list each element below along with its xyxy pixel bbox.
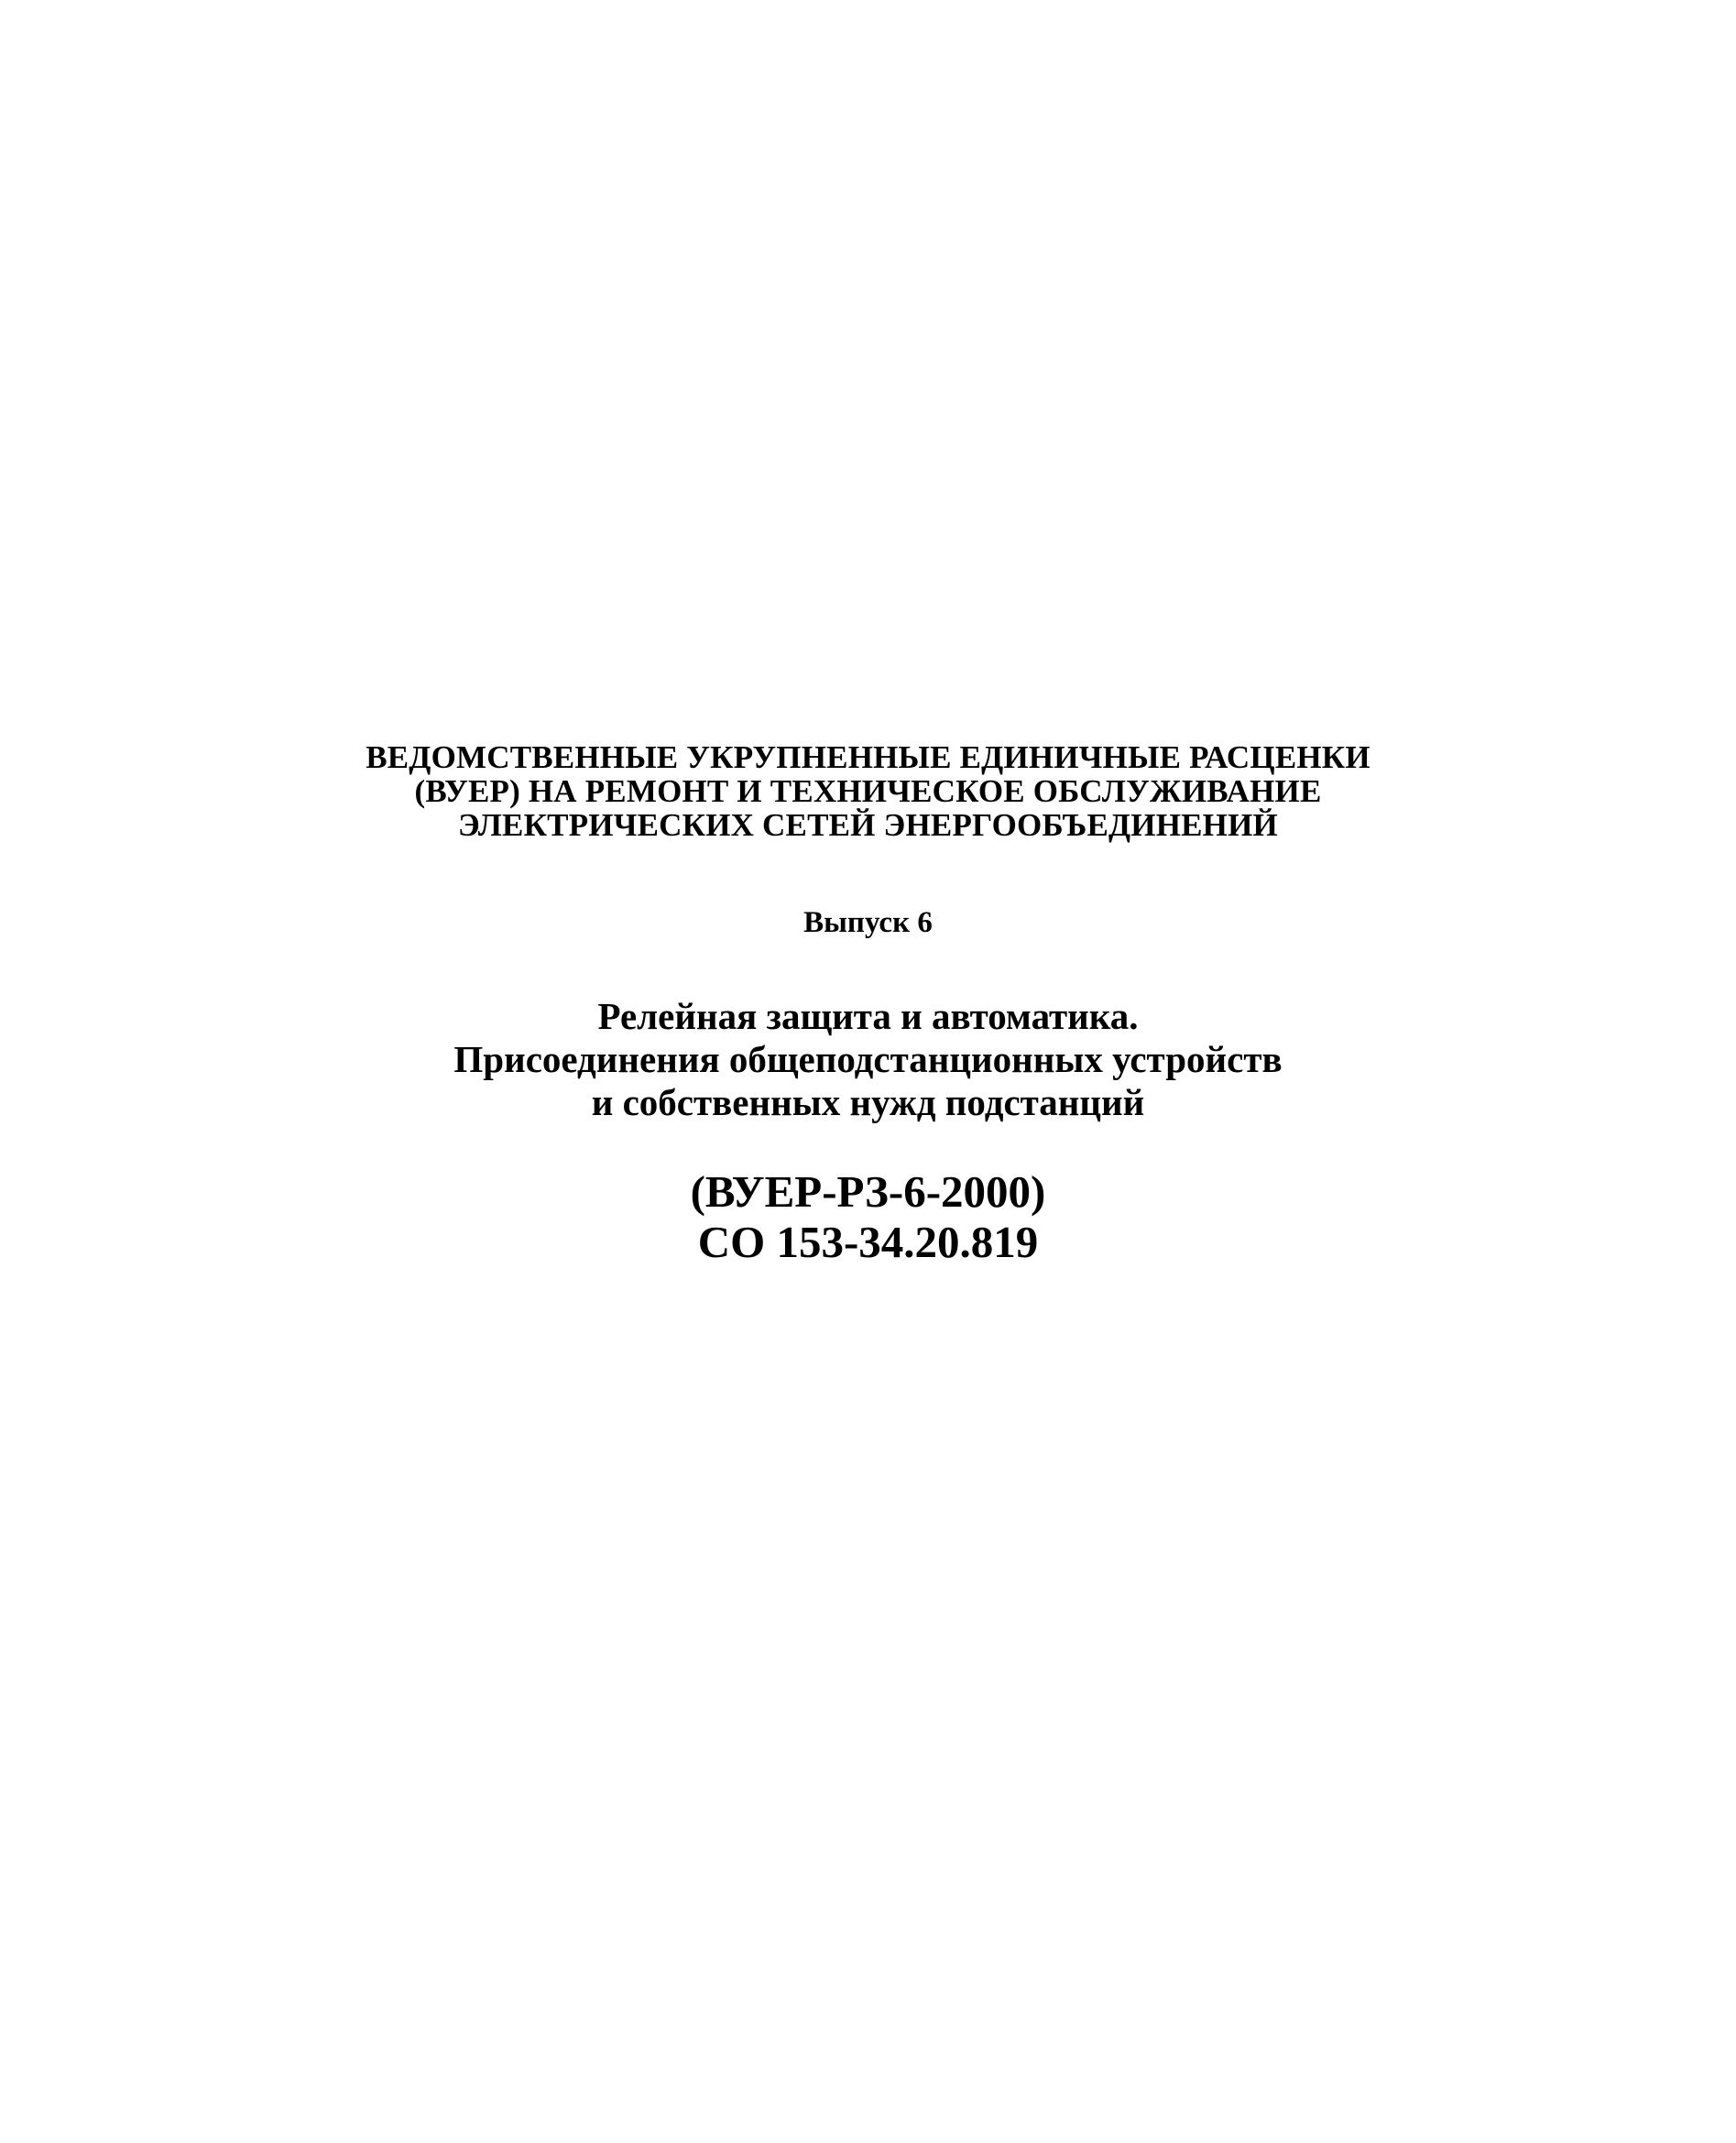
title-line: ЭЛЕКТРИЧЕСКИХ СЕТЕЙ ЭНЕРГООБЪЕДИНЕНИЙ [0,808,1736,842]
title-line: ВЕДОМСТВЕННЫЕ УКРУПНЕННЫЕ ЕДИНИЧНЫЕ РАСЦ… [0,740,1736,774]
document-code: (ВУЕР-РЗ-6-2000) СО 153-34.20.819 [0,1166,1736,1267]
issue-number: Выпуск 6 [0,904,1736,941]
subtitle-line: Релейная защита и автоматика. [0,995,1736,1038]
subtitle-line: и собственных нужд подстанций [0,1081,1736,1124]
document-page: ВЕДОМСТВЕННЫЕ УКРУПНЕННЫЕ ЕДИНИЧНЫЕ РАСЦ… [0,0,1736,2143]
document-title: ВЕДОМСТВЕННЫЕ УКРУПНЕННЫЕ ЕДИНИЧНЫЕ РАСЦ… [0,740,1736,842]
subtitle-line: Присоединения общеподстанционных устройс… [0,1038,1736,1081]
code-line: СО 153-34.20.819 [0,1217,1736,1267]
title-line: (ВУЕР) НА РЕМОНТ И ТЕХНИЧЕСКОЕ ОБСЛУЖИВА… [0,774,1736,808]
code-line: (ВУЕР-РЗ-6-2000) [0,1166,1736,1217]
document-subtitle: Релейная защита и автоматика. Присоедине… [0,995,1736,1124]
